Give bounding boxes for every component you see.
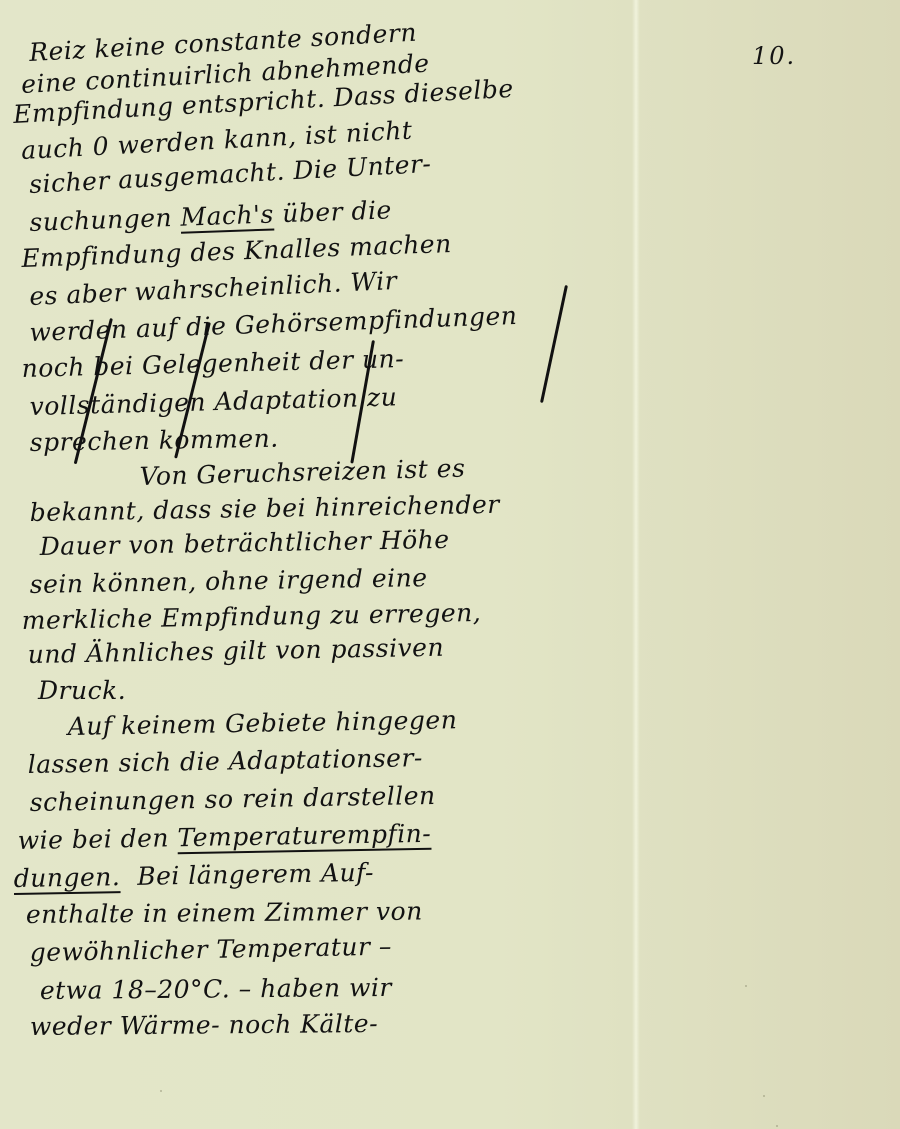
strikethrough-mark <box>540 285 568 403</box>
underlined-name-mach: Mach's <box>180 199 274 231</box>
text-line: scheinungen so rein darstellen <box>29 781 435 817</box>
manuscript-page: 10. Reiz keine constante sondern eine co… <box>0 0 900 1129</box>
text-line: es aber wahrscheinlich. Wir <box>29 266 398 311</box>
text-line: dungen. Bei längerem Auf- <box>13 858 374 893</box>
text-line: sprechen kommen. <box>29 424 278 457</box>
underlined-term-dungen: dungen. <box>13 862 120 893</box>
page-number: 10. <box>752 42 796 70</box>
text-line: merkliche Empfindung zu erregen, <box>21 598 481 635</box>
text-line: und Ähnliches gilt von passiven <box>27 633 444 669</box>
text-line: suchungen Mach's über die <box>29 195 392 237</box>
text-line: bekannt, dass sie bei hinreichender <box>29 490 499 527</box>
line-start: suchungen <box>29 203 181 237</box>
paper-speck <box>160 1090 162 1092</box>
text-line: vollständigen Adaptation zu <box>29 382 397 421</box>
text-line: sein können, ohne irgend eine <box>29 563 427 599</box>
line-end: Bei längerem Auf- <box>120 858 374 891</box>
paper-fold-crease <box>632 0 640 1129</box>
text-line: Von Geruchsreizen ist es <box>139 453 465 491</box>
text-line: enthalte in einem Zimmer von <box>26 897 423 929</box>
underlined-term-temperatur: Temperaturempfin- <box>177 819 431 852</box>
paper-speck <box>745 985 747 987</box>
text-line: gewöhnlicher Temperatur – <box>29 932 392 967</box>
text-line: etwa 18–20°C. – haben wir <box>40 973 392 1005</box>
text-line: weder Wärme- noch Kälte- <box>30 1009 378 1041</box>
line-end: über die <box>273 195 392 228</box>
text-line: Auf keinem Gebiete hingegen <box>67 705 457 741</box>
text-line: Dauer von beträchtlicher Höhe <box>39 525 449 561</box>
text-line: noch bei Gelegenheit der un- <box>21 344 404 383</box>
line-start: wie bei den <box>17 823 177 855</box>
text-line: wie bei den Temperaturempfin- <box>17 819 431 855</box>
paper-speck <box>776 1125 778 1127</box>
text-line: Druck. <box>38 676 126 705</box>
paper-speck <box>763 1095 765 1097</box>
text-line: lassen sich die Adaptationser- <box>27 743 423 779</box>
text-line: werden auf die Gehörsempfindungen <box>29 301 518 347</box>
